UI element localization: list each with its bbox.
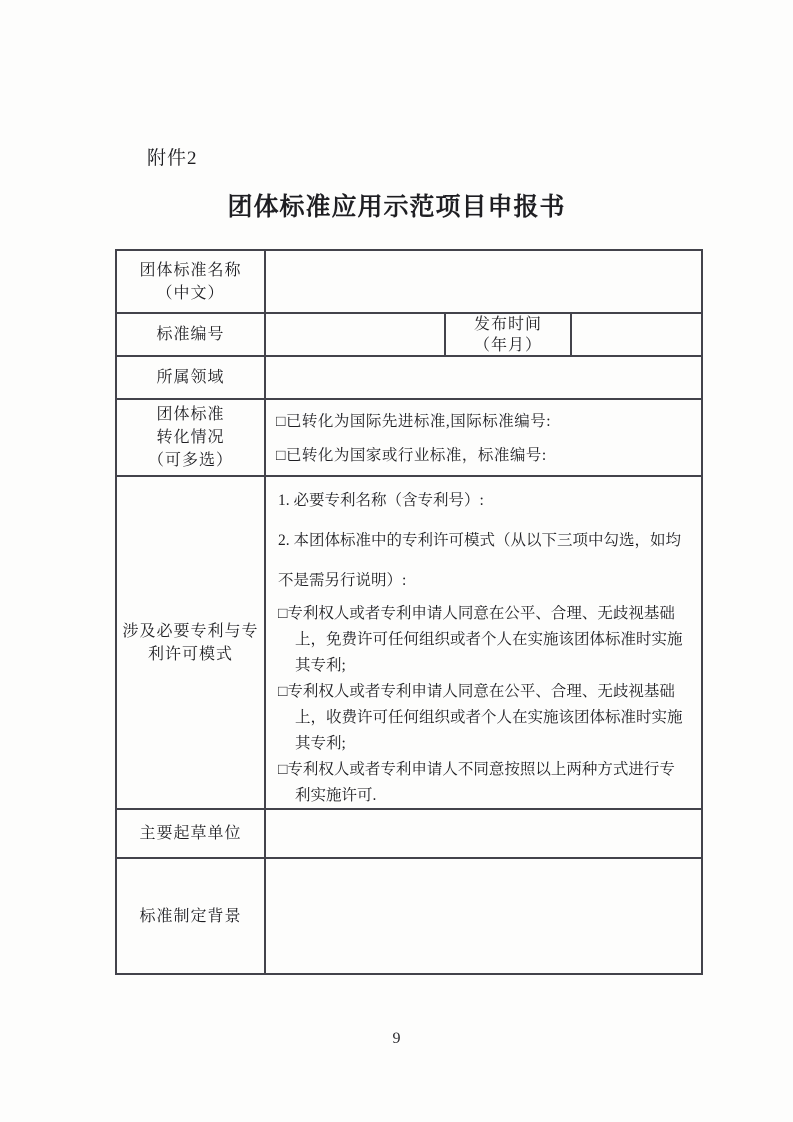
table-row-background: 标准制定背景: [117, 857, 701, 973]
checkbox-option-national-standard: □已转化为国家或行业标准，标准编号:: [276, 439, 697, 473]
checkbox-option-no-license: □专利权人或者专利申请人不同意按照以上两种方式进行专 利实施许可.: [278, 757, 697, 809]
label-drafting-unit: 主要起草单位: [117, 810, 264, 857]
checkbox-option-free-license: □专利权人或者专利申请人同意在公平、合理、无歧视基础 上，免费许可任何组织或者个…: [278, 601, 697, 679]
label-patent-license: 涉及必要专利与专 利许可模式: [117, 477, 264, 808]
table-row-conversion-status: 团体标准 转化情况 （可多选） □已转化为国际先进标准,国际标准编号: □已转化…: [117, 398, 701, 475]
field-field-area-value: [264, 357, 701, 398]
label-conversion-status: 团体标准 转化情况 （可多选）: [117, 400, 264, 475]
field-standard-name-value: [264, 251, 701, 312]
field-background-value: [264, 859, 701, 973]
page-number: 9: [0, 1030, 793, 1048]
application-form-table: 团体标准名称 （中文） 标准编号 发布时间 （年月） 所属领域 团体标准 转化情…: [115, 249, 703, 975]
table-row-patent-license: 涉及必要专利与专 利许可模式 1. 必要专利名称（含专利号）: 2. 本团体标准…: [117, 475, 701, 808]
label-standard-name: 团体标准名称 （中文）: [117, 251, 264, 312]
patent-license-content: 1. 必要专利名称（含专利号）: 2. 本团体标准中的专利许可模式（从以下三项中…: [264, 477, 701, 808]
checkbox-option-paid-license: □专利权人或者专利申请人同意在公平、合理、无歧视基础 上，收费许可任何组织或者个…: [278, 679, 697, 757]
table-row-field-area: 所属领域: [117, 355, 701, 398]
label-publish-time: 发布时间 （年月）: [444, 314, 570, 355]
scanned-form-page: 附件2 团体标准应用示范项目申报书 团体标准名称 （中文） 标准编号 发布时间 …: [0, 0, 793, 1122]
field-standard-number-value: [264, 314, 444, 355]
label-background: 标准制定背景: [117, 859, 264, 973]
patent-item-license-mode: 2. 本团体标准中的专利许可模式（从以下三项中勾选，如均 不是需另行说明）:: [278, 521, 697, 601]
label-standard-number: 标准编号: [117, 314, 264, 355]
conversion-options: □已转化为国际先进标准,国际标准编号: □已转化为国家或行业标准，标准编号:: [264, 400, 701, 475]
patent-item-name: 1. 必要专利名称（含专利号）:: [278, 481, 697, 521]
attachment-label: 附件2: [147, 143, 198, 170]
checkbox-option-international-standard: □已转化为国际先进标准,国际标准编号:: [276, 405, 697, 439]
form-title: 团体标准应用示范项目申报书: [0, 187, 793, 223]
table-row-standard-number: 标准编号 发布时间 （年月）: [117, 312, 701, 355]
label-field-area: 所属领域: [117, 357, 264, 398]
field-publish-time-value: [570, 314, 701, 355]
field-drafting-unit-value: [264, 810, 701, 857]
table-row-drafting-unit: 主要起草单位: [117, 808, 701, 857]
table-row-standard-name: 团体标准名称 （中文）: [117, 251, 701, 312]
patent-license-options: □专利权人或者专利申请人同意在公平、合理、无歧视基础 上，免费许可任何组织或者个…: [278, 601, 697, 809]
